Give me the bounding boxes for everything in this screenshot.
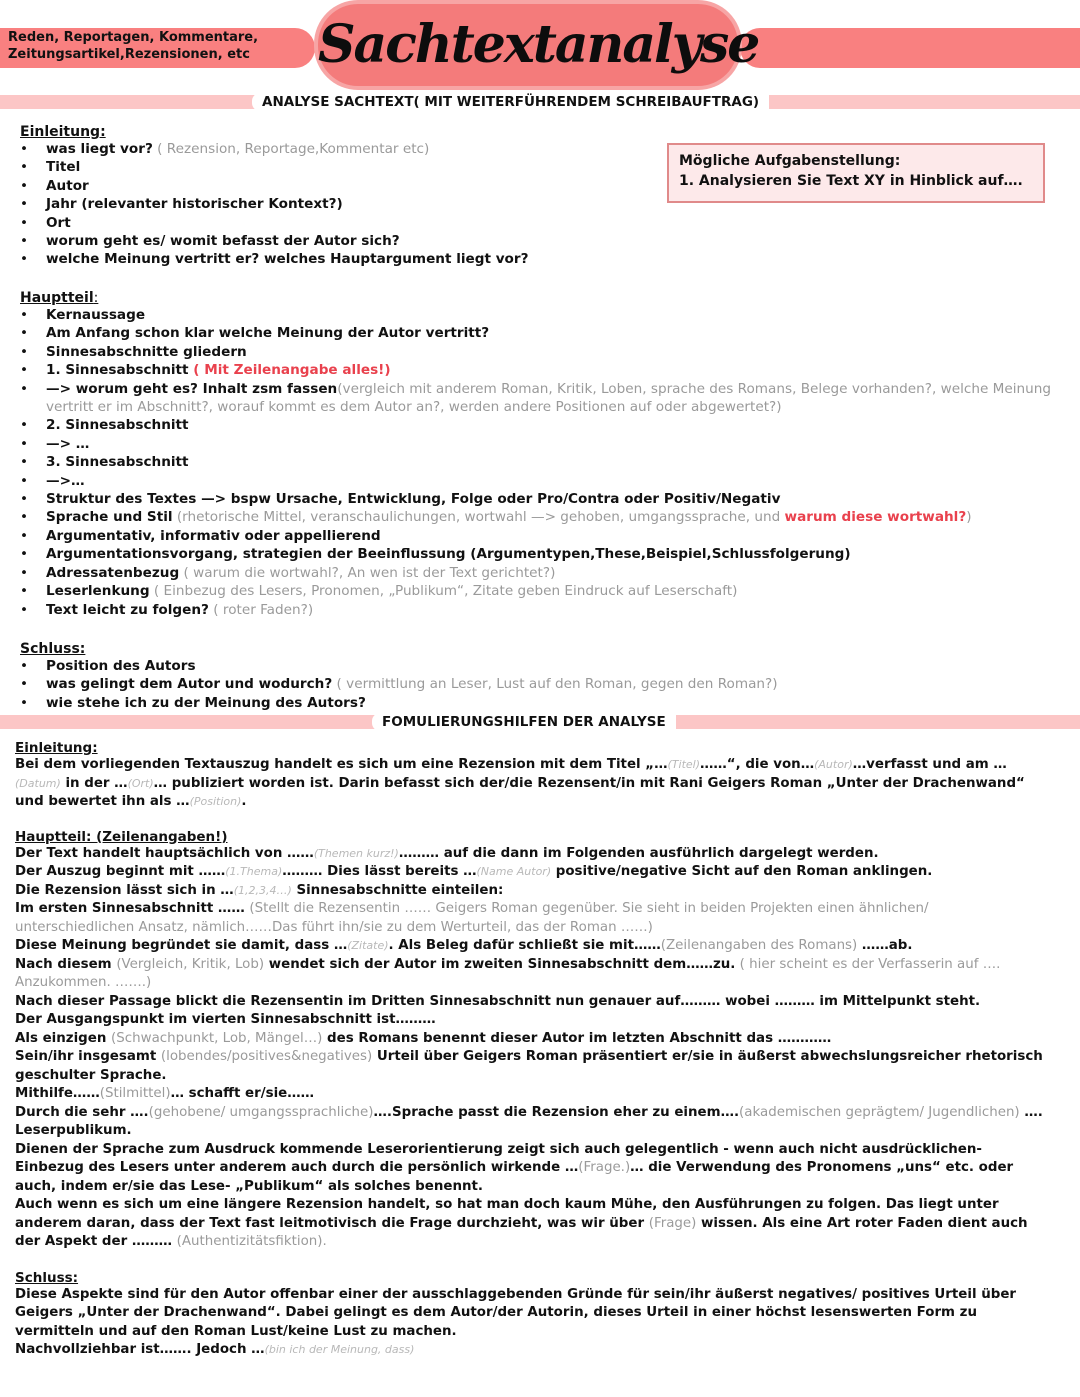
- item-main: Struktur des Textes —> bspw Ursache, Ent…: [46, 491, 780, 507]
- item-main: Position des Autors: [46, 658, 196, 674]
- text-segment: Sinnesabschnitte einteilen:: [292, 883, 504, 898]
- hint-note: (lobendes/positives&negatives): [161, 1049, 372, 1064]
- hint-note: (Authentizitätsfiktion).: [177, 1234, 327, 1249]
- item-main: Titel: [46, 159, 80, 175]
- form-hauptteil-text: Der Text handelt hauptsächlich von ……(Th…: [15, 845, 1045, 1252]
- item-main: —> worum geht es? Inhalt zsm fassen: [46, 381, 337, 397]
- handwritten-placeholder: (Datum): [15, 777, 61, 790]
- text-segment: ……… Dies lässt bereits …: [282, 864, 476, 879]
- item-note: ): [966, 509, 971, 525]
- formulierung-section: Einleitung: Bei dem vorliegenden Textaus…: [15, 740, 1045, 1360]
- sentence-line: Sein/ihr insgesamt (lobendes/positives&n…: [15, 1048, 1045, 1085]
- item-main: Autor: [46, 178, 89, 194]
- hauptteil-list: KernaussageAm Anfang schon klar welche M…: [0, 306, 1060, 619]
- text-segment: wendet sich der Autor im zweiten Sinnesa…: [264, 957, 735, 972]
- text-segment: Nach dieser Passage blickt die Rezensent…: [15, 994, 980, 1009]
- sentence-line: Mithilfe……(Stilmittel)… schafft er/sie……: [15, 1085, 1045, 1104]
- item-main: worum geht es/ womit befasst der Autor s…: [46, 233, 400, 249]
- list-item: Sprache und Stil (rhetorische Mittel, ve…: [0, 508, 1060, 526]
- list-item: was gelingt dem Autor und wodurch? ( ver…: [0, 675, 1060, 693]
- list-item: Struktur des Textes —> bspw Ursache, Ent…: [0, 490, 1060, 508]
- page-title: Sachtextanalyse: [318, 4, 738, 86]
- list-item: was liegt vor? ( Rezension, Reportage,Ko…: [0, 140, 660, 158]
- item-note: ( vermittlung an Leser, Lust auf den Rom…: [332, 676, 777, 692]
- handwritten-placeholder: (Ort): [128, 777, 154, 790]
- handwritten-placeholder: (1,2,3,4…): [234, 884, 292, 897]
- text-segment: Diese Meinung begründet sie damit, dass …: [15, 938, 347, 953]
- task-box-title: Mögliche Aufgabenstellung:: [679, 151, 1033, 171]
- list-item: Position des Autors: [0, 657, 1060, 675]
- section-label-formulierung: FOMULIERUNGSHILFEN DER ANALYSE: [372, 713, 676, 731]
- text-segment: …verfasst und am …: [853, 757, 1007, 772]
- list-item: Text leicht zu folgen? ( roter Faden?): [0, 601, 1060, 619]
- einleitung-section: Einleitung: was liegt vor? ( Rezension, …: [20, 124, 660, 269]
- sentence-line: Als einzigen (Schwachpunkt, Lob, Mängel……: [15, 1030, 1045, 1049]
- list-item: Argumentativ, informativ oder appelliere…: [0, 527, 1060, 545]
- text-segment: Nachvollziehbar ist……. Jedoch …: [15, 1342, 265, 1357]
- text-segment: …: [654, 757, 667, 772]
- text-segment: Im ersten Sinnesabschnitt ……: [15, 901, 249, 916]
- text-segment: positive/negative Sicht auf den Roman an…: [551, 864, 932, 879]
- text-segment: Sein/ihr insgesamt: [15, 1049, 161, 1064]
- item-main: —> …: [46, 436, 89, 452]
- text-segment: ….Sprache passt die Rezension eher zu ei…: [374, 1105, 740, 1120]
- handwritten-placeholder: (Autor): [814, 758, 853, 771]
- hint-note: (Zeilenangaben des Romans): [661, 938, 858, 953]
- list-item: worum geht es/ womit befasst der Autor s…: [0, 232, 660, 250]
- item-main: Ort: [46, 215, 71, 231]
- section-label-analyse: ANALYSE SACHTEXT( MIT WEITERFÜHRENDEM SC…: [252, 93, 769, 111]
- list-item: —> worum geht es? Inhalt zsm fassen(verg…: [0, 380, 1060, 417]
- sentence-line: Dienen der Sprache zum Ausdruck kommende…: [15, 1141, 1045, 1197]
- sentence-line: Im ersten Sinnesabschnitt …… (Stellt die…: [15, 900, 1045, 937]
- item-note: (rhetorische Mittel, veranschaulichungen…: [173, 509, 785, 525]
- einleitung-heading: Einleitung:: [20, 124, 660, 140]
- item-main: Text leicht zu folgen?: [46, 602, 209, 618]
- sentence-line: Nachvollziehbar ist……. Jedoch …(bin ich …: [15, 1341, 1045, 1360]
- text-segment: … publiziert worden ist. Darin befasst s…: [15, 776, 1025, 810]
- item-note: ( roter Faden?): [209, 602, 313, 618]
- list-item: 1. Sinnesabschnitt ( Mit Zeilenangabe al…: [0, 361, 1060, 379]
- item-note: ( warum die wortwahl?, An wen ist der Te…: [179, 565, 555, 581]
- hint-note: (gehobene/ umgangssprachliche): [149, 1105, 374, 1120]
- hint-note: (Vergleich, Kritik, Lob): [116, 957, 264, 972]
- text-segment: Der Text handelt hauptsächlich von ……: [15, 846, 314, 861]
- list-item: Ort: [0, 214, 660, 232]
- item-main: Argumentativ, informativ oder appelliere…: [46, 528, 381, 544]
- hauptteil-section: Hauptteil: KernaussageAm Anfang schon kl…: [20, 290, 1060, 619]
- item-note: ( Einbezug des Lesers, Pronomen, „Publik…: [150, 583, 738, 599]
- text-segment: ……… auf die dann im Folgenden ausführlic…: [399, 846, 879, 861]
- header-subtitle: Reden, Reportagen, Kommentare, Zeitungsa…: [8, 29, 308, 63]
- sentence-line: Die Rezension lässt sich in …(1,2,3,4…) …: [15, 882, 1045, 901]
- item-highlight: ( Mit Zeilenangabe alles!): [189, 362, 391, 378]
- hauptteil-heading: Hauptteil:: [20, 290, 1060, 306]
- text-segment: Der Auszug beginnt mit ……: [15, 864, 225, 879]
- item-main: Am Anfang schon klar welche Meinung der …: [46, 325, 489, 341]
- item-main: welche Meinung vertritt er? welches Haup…: [46, 251, 529, 267]
- sentence-line: Nach dieser Passage blickt die Rezensent…: [15, 993, 1045, 1012]
- form-schluss-heading: Schluss:: [15, 1270, 1045, 1286]
- text-segment: Der Ausgangspunkt im vierten Sinnesabsch…: [15, 1012, 436, 1027]
- item-main: was liegt vor?: [46, 141, 153, 157]
- hint-note: (Frage.): [578, 1160, 630, 1175]
- header-accent-bar-right: [740, 28, 1080, 68]
- item-main: Sinnesabschnitte gliedern: [46, 344, 247, 360]
- text-segment: ……ab.: [857, 938, 912, 953]
- task-box: Mögliche Aufgabenstellung: 1. Analysiere…: [667, 143, 1045, 203]
- text-segment: .: [241, 794, 246, 809]
- list-item: Adressatenbezug ( warum die wortwahl?, A…: [0, 564, 1060, 582]
- text-segment: . Als Beleg dafür schließt sie mit……: [389, 938, 661, 953]
- text-segment: Bei dem vorliegenden Textauszug handelt …: [15, 757, 654, 772]
- item-main: Kernaussage: [46, 307, 145, 323]
- item-main: 2. Sinnesabschnitt: [46, 417, 189, 433]
- sentence-line: Diese Aspekte sind für den Autor offenba…: [15, 1286, 1045, 1342]
- item-main: wie stehe ich zu der Meinung des Autors?: [46, 695, 366, 711]
- hint-note: (Schwachpunkt, Lob, Mängel…): [111, 1031, 322, 1046]
- text-segment: des Romans benennt dieser Autor im letzt…: [322, 1031, 831, 1046]
- form-einleitung-text: Bei dem vorliegenden Textauszug handelt …: [15, 756, 1045, 812]
- text-segment: Als einzigen: [15, 1031, 111, 1046]
- list-item: Am Anfang schon klar welche Meinung der …: [0, 324, 1060, 342]
- sentence-line: Durch die sehr ….(gehobene/ umgangssprac…: [15, 1104, 1045, 1141]
- hauptteil-heading-text: Hauptteil: [20, 290, 94, 306]
- einleitung-list: was liegt vor? ( Rezension, Reportage,Ko…: [0, 140, 660, 269]
- sentence-line: Der Auszug beginnt mit ……(1.Thema)……… Di…: [15, 863, 1045, 882]
- list-item: Leserlenkung ( Einbezug des Lesers, Pron…: [0, 582, 1060, 600]
- subtitle-line-2: Zeitungsartikel,Rezensionen, etc: [8, 46, 308, 63]
- item-main: Leserlenkung: [46, 583, 150, 599]
- list-item: —> …: [0, 435, 1060, 453]
- item-main: Adressatenbezug: [46, 565, 179, 581]
- text-segment: Diese Aspekte sind für den Autor offenba…: [15, 1287, 1016, 1339]
- schluss-list: Position des Autorswas gelingt dem Autor…: [0, 657, 1060, 712]
- sentence-line: Auch wenn es sich um eine längere Rezens…: [15, 1196, 1045, 1252]
- list-item: 2. Sinnesabschnitt: [0, 416, 1060, 434]
- text-segment: Mithilfe……: [15, 1086, 100, 1101]
- item-main: —>…: [46, 473, 85, 489]
- list-item: —>…: [0, 472, 1060, 490]
- task-box-item: 1. Analysieren Sie Text XY in Hinblick a…: [679, 171, 1033, 191]
- text-segment: Durch die sehr ….: [15, 1105, 149, 1120]
- item-main: Sprache und Stil: [46, 509, 173, 525]
- list-item: Kernaussage: [0, 306, 1060, 324]
- list-item: wie stehe ich zu der Meinung des Autors?: [0, 694, 1060, 712]
- list-item: Autor: [0, 177, 660, 195]
- text-segment: Die Rezension lässt sich in …: [15, 883, 234, 898]
- sentence-line: Nach diesem (Vergleich, Kritik, Lob) wen…: [15, 956, 1045, 993]
- handwritten-placeholder: (Position): [190, 795, 242, 808]
- schluss-section: Schluss: Position des Autorswas gelingt …: [20, 641, 1060, 712]
- handwritten-placeholder: (Zitate): [347, 939, 388, 952]
- item-main: 1. Sinnesabschnitt: [46, 362, 189, 378]
- item-highlight: warum diese wortwahl?: [785, 509, 967, 525]
- form-hauptteil-heading: Hauptteil: (Zeilenangaben!): [15, 829, 1045, 845]
- form-schluss-text: Diese Aspekte sind für den Autor offenba…: [15, 1286, 1045, 1360]
- hint-note: (Frage): [649, 1216, 697, 1231]
- text-segment: ……“, die von…: [700, 757, 814, 772]
- list-item: Jahr (relevanter historischer Kontext?): [0, 195, 660, 213]
- hint-note: (akademischen geprägtem/ Jugendlichen): [739, 1105, 1020, 1120]
- text-segment: … schafft er/sie……: [171, 1086, 314, 1101]
- schluss-heading: Schluss:: [20, 641, 1060, 657]
- text-segment: Nach diesem: [15, 957, 116, 972]
- sentence-line: Der Ausgangspunkt im vierten Sinnesabsch…: [15, 1011, 1045, 1030]
- item-main: 3. Sinnesabschnitt: [46, 454, 189, 470]
- list-item: Argumentationsvorgang, strategien der Be…: [0, 545, 1060, 563]
- hint-note: (Stilmittel): [100, 1086, 171, 1101]
- form-einleitung-heading: Einleitung:: [15, 740, 1045, 756]
- sentence-line: Diese Meinung begründet sie damit, dass …: [15, 937, 1045, 956]
- handwritten-placeholder: (Titel): [668, 758, 701, 771]
- list-item: Sinnesabschnitte gliedern: [0, 343, 1060, 361]
- list-item: 3. Sinnesabschnitt: [0, 453, 1060, 471]
- list-item: welche Meinung vertritt er? welches Haup…: [0, 250, 660, 268]
- sentence-line: Der Text handelt hauptsächlich von ……(Th…: [15, 845, 1045, 864]
- item-main: Argumentationsvorgang, strategien der Be…: [46, 546, 851, 562]
- handwritten-placeholder: (bin ich der Meinung, dass): [265, 1343, 415, 1356]
- item-main: Jahr (relevanter historischer Kontext?): [46, 196, 343, 212]
- handwritten-placeholder: (Themen kurz!): [314, 847, 399, 860]
- item-note: ( Rezension, Reportage,Kommentar etc): [153, 141, 429, 157]
- list-item: Titel: [0, 158, 660, 176]
- item-main: was gelingt dem Autor und wodurch?: [46, 676, 332, 692]
- text-segment: in der …: [61, 776, 128, 791]
- handwritten-placeholder: (1.Thema): [225, 865, 282, 878]
- subtitle-line-1: Reden, Reportagen, Kommentare,: [8, 29, 308, 46]
- handwritten-placeholder: (Name Autor): [477, 865, 552, 878]
